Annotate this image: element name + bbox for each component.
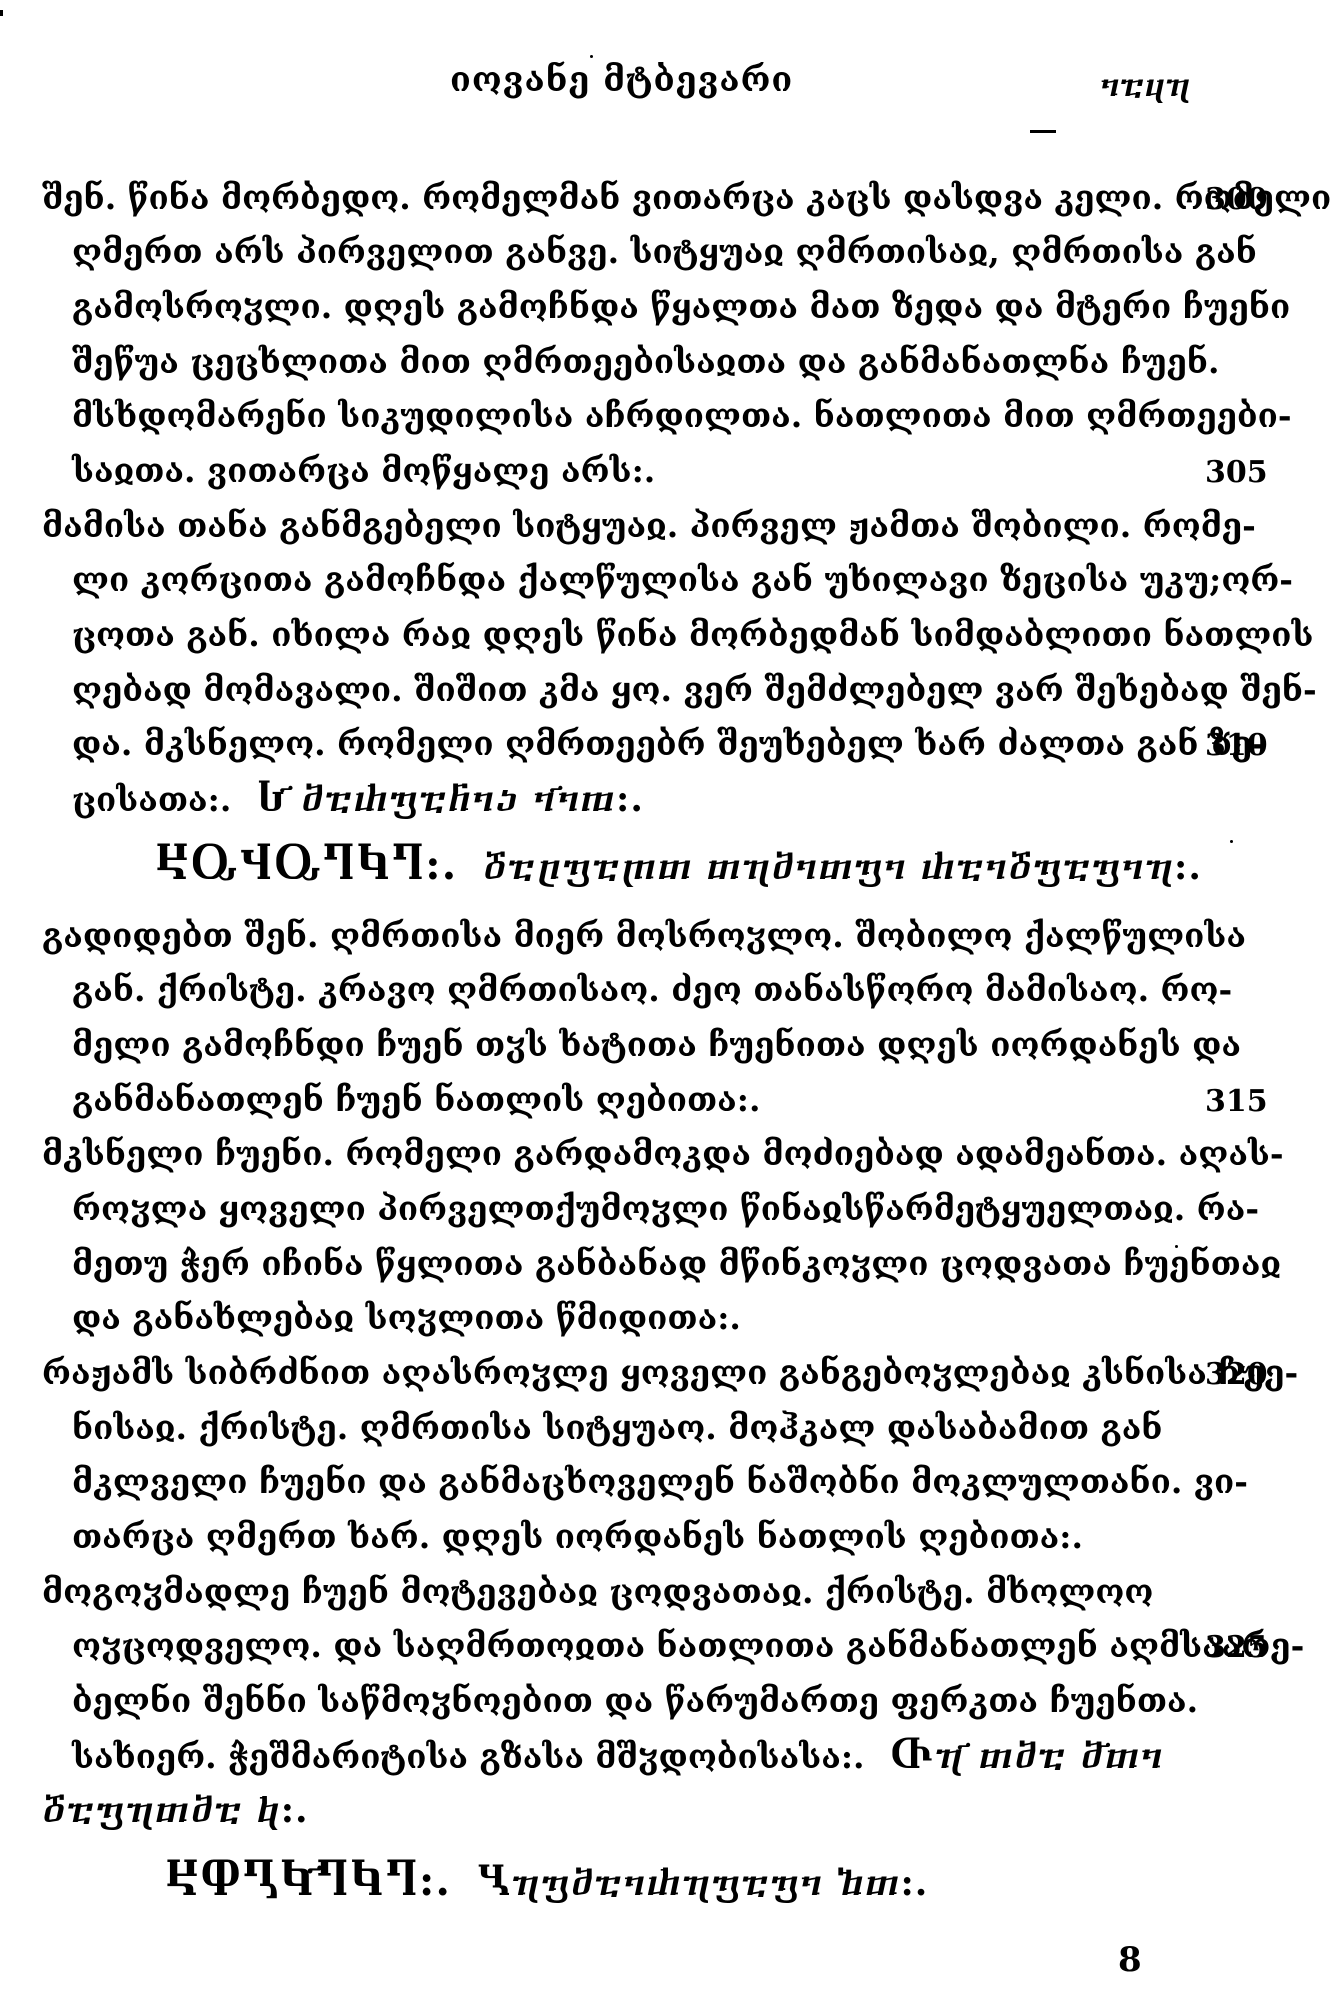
text-line: შენ. წინა მორბედო. რომელმან ვითარცა კაცს… <box>42 178 1331 218</box>
line-number: 325 <box>1205 1628 1268 1668</box>
text-line: მელი გამოჩნდი ჩუენ თჳს ხატითა ჩუენითა დღ… <box>72 1025 1241 1065</box>
heading-label: ႾႴႢႩ҃ႤႩႤ:. <box>165 1856 451 1905</box>
text-line: მეთუ ჭერ იჩინა წყლითა განბანად მწინკოჳლი… <box>72 1244 1281 1284</box>
text-line: მსხდომარენი სიკუდილისა აჩრდილთა. ნათლითა… <box>72 396 1292 436</box>
scan-speck <box>590 55 593 58</box>
text-line: საჲთა. ვითარცა მოწყალე არს:. <box>72 451 655 491</box>
line-number: 305 <box>1205 453 1268 493</box>
text-line: შეწუა ცეცხლითა მით ღმრთეებისაჲთა და განმ… <box>72 342 1220 382</box>
text-line: გადიდებთ შენ. ღმრთისა მიერ მოსროჳლო. შობ… <box>42 916 1246 956</box>
running-header-section: ⴈⴀⴗⴄ <box>1100 66 1190 104</box>
text-line: ცისათა:. Ⴑ҃ ⴋⴀⴐⴂⴀⴌⴈⴢ ⴈ҃ⴈⴊ:. <box>72 779 644 820</box>
scan-speck <box>1175 1245 1178 1248</box>
line-text: ცისათა:. <box>72 780 231 819</box>
text-line: თარცა ღმერთ ხარ. დღეს იორდანეს ნათლის ღე… <box>72 1517 1083 1557</box>
line-number: 315 <box>1205 1082 1268 1122</box>
text-line: და განახლებაჲ სოჳლითა წმიდითა:. <box>72 1298 741 1338</box>
text-line: განმანათლენ ჩუენ ნათლის ღებითა:. <box>72 1080 760 1120</box>
text-line: ⴃⴀⴂⴄⴇⴋⴀ ⴉ:. <box>42 1790 309 1831</box>
text-line: როჳლა ყოველი პირველთქუმოჳლი წინაჲსწარმეტ… <box>72 1189 1259 1229</box>
text-line: ღებად მომავალი. შიშით კმა ყო. ვერ შემძლე… <box>72 670 1317 710</box>
text-line: სახიერ. ჭეშმარიტისა გზასა მშჳდობისასა:. … <box>72 1736 1164 1777</box>
text-line: ლი კორცითა გამოჩნდა ქალწულისა გან უხილავ… <box>72 560 1293 600</box>
line-text: სახიერ. ჭეშმარიტისა გზასა მშჳდობისასა:. <box>72 1737 865 1776</box>
text-line: მკსნელი ჩუენი. რომელი გარდამოკდა მოძიება… <box>42 1134 1284 1174</box>
text-line: და. მკსნელო. რომელი ღმრთეებრ შეუხებელ ხა… <box>72 724 1266 764</box>
text-line: ღმერთ არს პირველით განვე. სიტყუაჲ ღმრთის… <box>72 232 1257 272</box>
section-heading: ႾႴႢႩ҃ႤႩႤ:. Ⴁⴄⴂⴋⴀⴈⴐⴄⴂⴀⴂⴈ ⴆⴇ:. <box>165 1856 928 1908</box>
text-line: ნისაჲ. ქრისტე. ღმრთისა სიტყუაო. მოჰკალ დ… <box>72 1408 1162 1448</box>
rubric-inline: Ⴑ҃ ⴋⴀⴐⴂⴀⴌⴈⴢ ⴈ҃ⴈⴊ:. <box>257 778 644 820</box>
line-number: 300 <box>1205 180 1268 220</box>
scan-speck <box>0 10 3 16</box>
scanned-book-page: იოვანე მტბევარი ⴈⴀⴗⴄ შენ. წინა მორბედო. … <box>0 0 1340 1999</box>
text-line: მოგოჳმადლე ჩუენ მოტევებაჲ ცოდვათაჲ. ქრის… <box>42 1572 1153 1612</box>
rubric-inline: ⴃⴀⴂⴄⴇⴋⴀ ⴉ:. <box>42 1789 309 1831</box>
text-line: გან. ქრისტე. კრავო ღმრთისაო. ძეო თანასწო… <box>72 970 1232 1010</box>
heading-label: ႾႭჃႭႤႩႤ:. <box>155 840 457 889</box>
section-heading: ႾႭჃႭႤႩႤ:. ⴃⴀⴚⴂⴀⴜⴇ ⴇⴄⴋⴈⴇⴂⴈ ⴐⴀⴈⴃⴂⴀⴂⴈⴄ:. <box>155 840 1202 892</box>
heading-text: ⴃⴀⴚⴂⴀⴜⴇ ⴇⴄⴋⴈⴇⴂⴈ ⴐⴀⴈⴃⴂⴀⴂⴈⴄ:. <box>483 846 1202 888</box>
line-number: 310 <box>1205 726 1268 766</box>
text-line: გამოსროჳლი. დღეს გამოჩნდა წყალთა მათ ზედ… <box>72 287 1290 327</box>
rubric-inline: Ⴇⴄ҃ ⴇⴋⴀ ⴋ҃ⴇⴈ <box>890 1735 1164 1777</box>
text-line: ოჳცოდველო. და საღმრთოჲთა ნათლითა განმანა… <box>72 1626 1304 1666</box>
scan-speck <box>1230 840 1233 843</box>
header-rule <box>1030 130 1056 133</box>
line-number: 320 <box>1205 1355 1268 1395</box>
text-line: მამისა თანა განმგებელი სიტყუაჲ. პირველ ჟ… <box>42 506 1256 546</box>
text-line: რაჟამს სიბრძნით აღასროჳლე ყოველი განგებო… <box>42 1353 1298 1393</box>
text-line: მკლველი ჩუენი და განმაცხოველენ ნაშობნი მ… <box>72 1462 1248 1502</box>
page-number: 8 <box>1118 1940 1142 1980</box>
heading-text: Ⴁⴄⴂⴋⴀⴈⴐⴄⴂⴀⴂⴈ ⴆⴇ:. <box>477 1862 929 1904</box>
text-line: ბელნი შენნი საწმოჳნოებით და წარუმართე ფე… <box>72 1681 1198 1721</box>
running-header-title: იოვანე მტბევარი <box>450 60 793 100</box>
text-line: ცოთა გან. იხილა რაჲ დღეს წინა მორბედმან … <box>72 615 1314 655</box>
